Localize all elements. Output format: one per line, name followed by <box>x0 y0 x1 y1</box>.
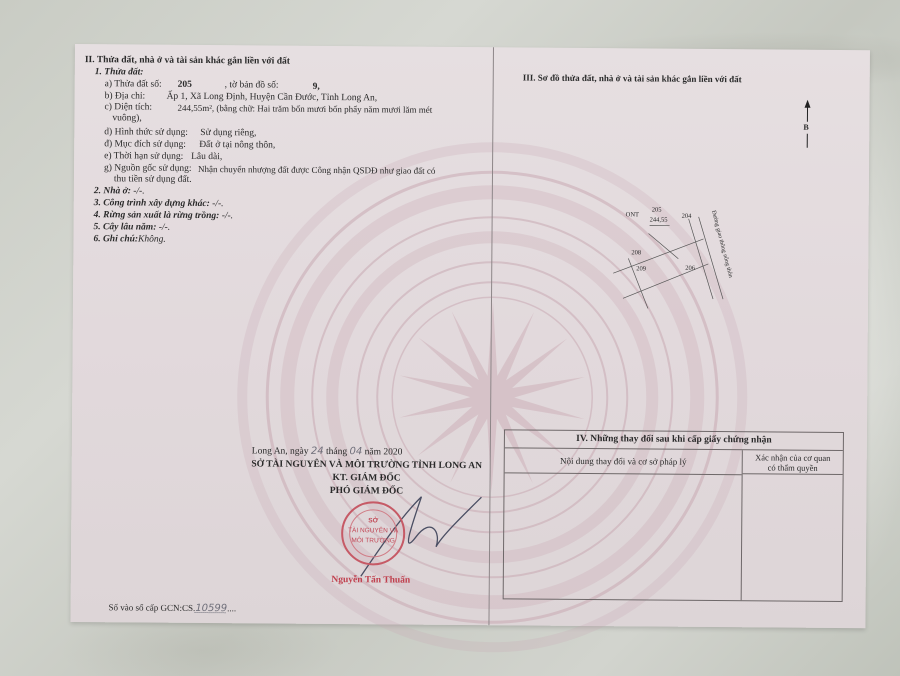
item-5-label: 5. Cây lâu năm: -/-. <box>94 221 171 234</box>
neighbor-parcel-206: 206 <box>685 263 695 275</box>
agency-name: SỞ TÀI NGUYÊN VÀ MÔI TRƯỜNG TỈNH LONG AN <box>242 458 492 472</box>
item-4-label: 4. Rừng sản xuất là rừng trồng: -/-. <box>94 209 233 222</box>
section-3-heading: III. Sơ đồ thửa đất, nhà ở và tài sản kh… <box>523 72 742 86</box>
usage-purpose-value: Đất ở tại nông thôn, <box>199 139 275 152</box>
item-3-label: 3. Công trình xây dựng khác: -/-. <box>94 197 224 210</box>
parcel-number-label: a) Thửa đất số: <box>105 78 162 90</box>
usage-term-value: Lâu dài, <box>191 151 222 163</box>
signer-name: Nguyễn Tấn Thuấn <box>301 574 441 587</box>
usage-form-value: Sử dụng riêng, <box>200 127 256 139</box>
registry-number: Số vào sổ cấp GCN:CS.10599.... <box>109 601 237 615</box>
neighbor-parcel-209: 209 <box>636 263 646 275</box>
changes-content-cell <box>504 473 742 600</box>
usage-form-label: d) Hình thức sử dụng: <box>104 126 188 139</box>
changes-table: IV. Những thay đổi sau khi cấp giấy chứn… <box>503 429 844 602</box>
parcel-number-value: 205 <box>178 79 192 91</box>
usage-purpose-label: đ) Mục đích sử dụng: <box>104 138 186 151</box>
parcel-land-type: ONT <box>626 209 639 221</box>
column-header-changes: Nội dung thay đổi và cơ sở pháp lý <box>505 448 742 475</box>
item-2-label: 2. Nhà ở: -/-. <box>94 185 145 197</box>
origin-value-cont: thu tiền sử dụng đất. <box>114 173 192 186</box>
area-value: 244,55m², (bằng chữ: Hai trăm bốn mươi b… <box>177 102 432 116</box>
certificate-sheet: II. Thửa đất, nhà ở và tài sản khác gắn … <box>70 44 870 628</box>
issue-date: Long An, ngày 24 tháng 04 năm 2020 <box>252 445 403 458</box>
usage-term-label: e) Thời hạn sử dụng: <box>104 150 183 163</box>
column-header-confirmation: Xác nhận của cơ quan có thẩm quyền <box>743 450 843 475</box>
parcel-area-map: 244,55 <box>650 215 668 227</box>
neighbor-parcel-208: 208 <box>631 247 641 259</box>
official-red-stamp: SỞ TÀI NGUYÊN VÀ MÔI TRƯỜNG <box>341 501 406 566</box>
area-value-cont: vuông), <box>112 112 141 124</box>
confirmation-cell <box>742 475 843 601</box>
map-sheet-label: , tờ bản đồ số: <box>225 79 279 91</box>
registry-number-value: 10599 <box>195 603 227 614</box>
neighbor-parcel-204: 204 <box>682 211 692 223</box>
item-1-title: 1. Thửa đất: <box>95 66 144 78</box>
parcel-sketch-map <box>593 148 794 310</box>
north-label: B <box>803 122 808 134</box>
origin-value: Nhận chuyển nhượng đất được Công nhận QS… <box>198 163 435 177</box>
handwritten-month: 04 <box>349 446 362 457</box>
item-6-label: 6. Ghi chú:Không. <box>93 233 165 246</box>
handwritten-day: 24 <box>311 446 324 457</box>
